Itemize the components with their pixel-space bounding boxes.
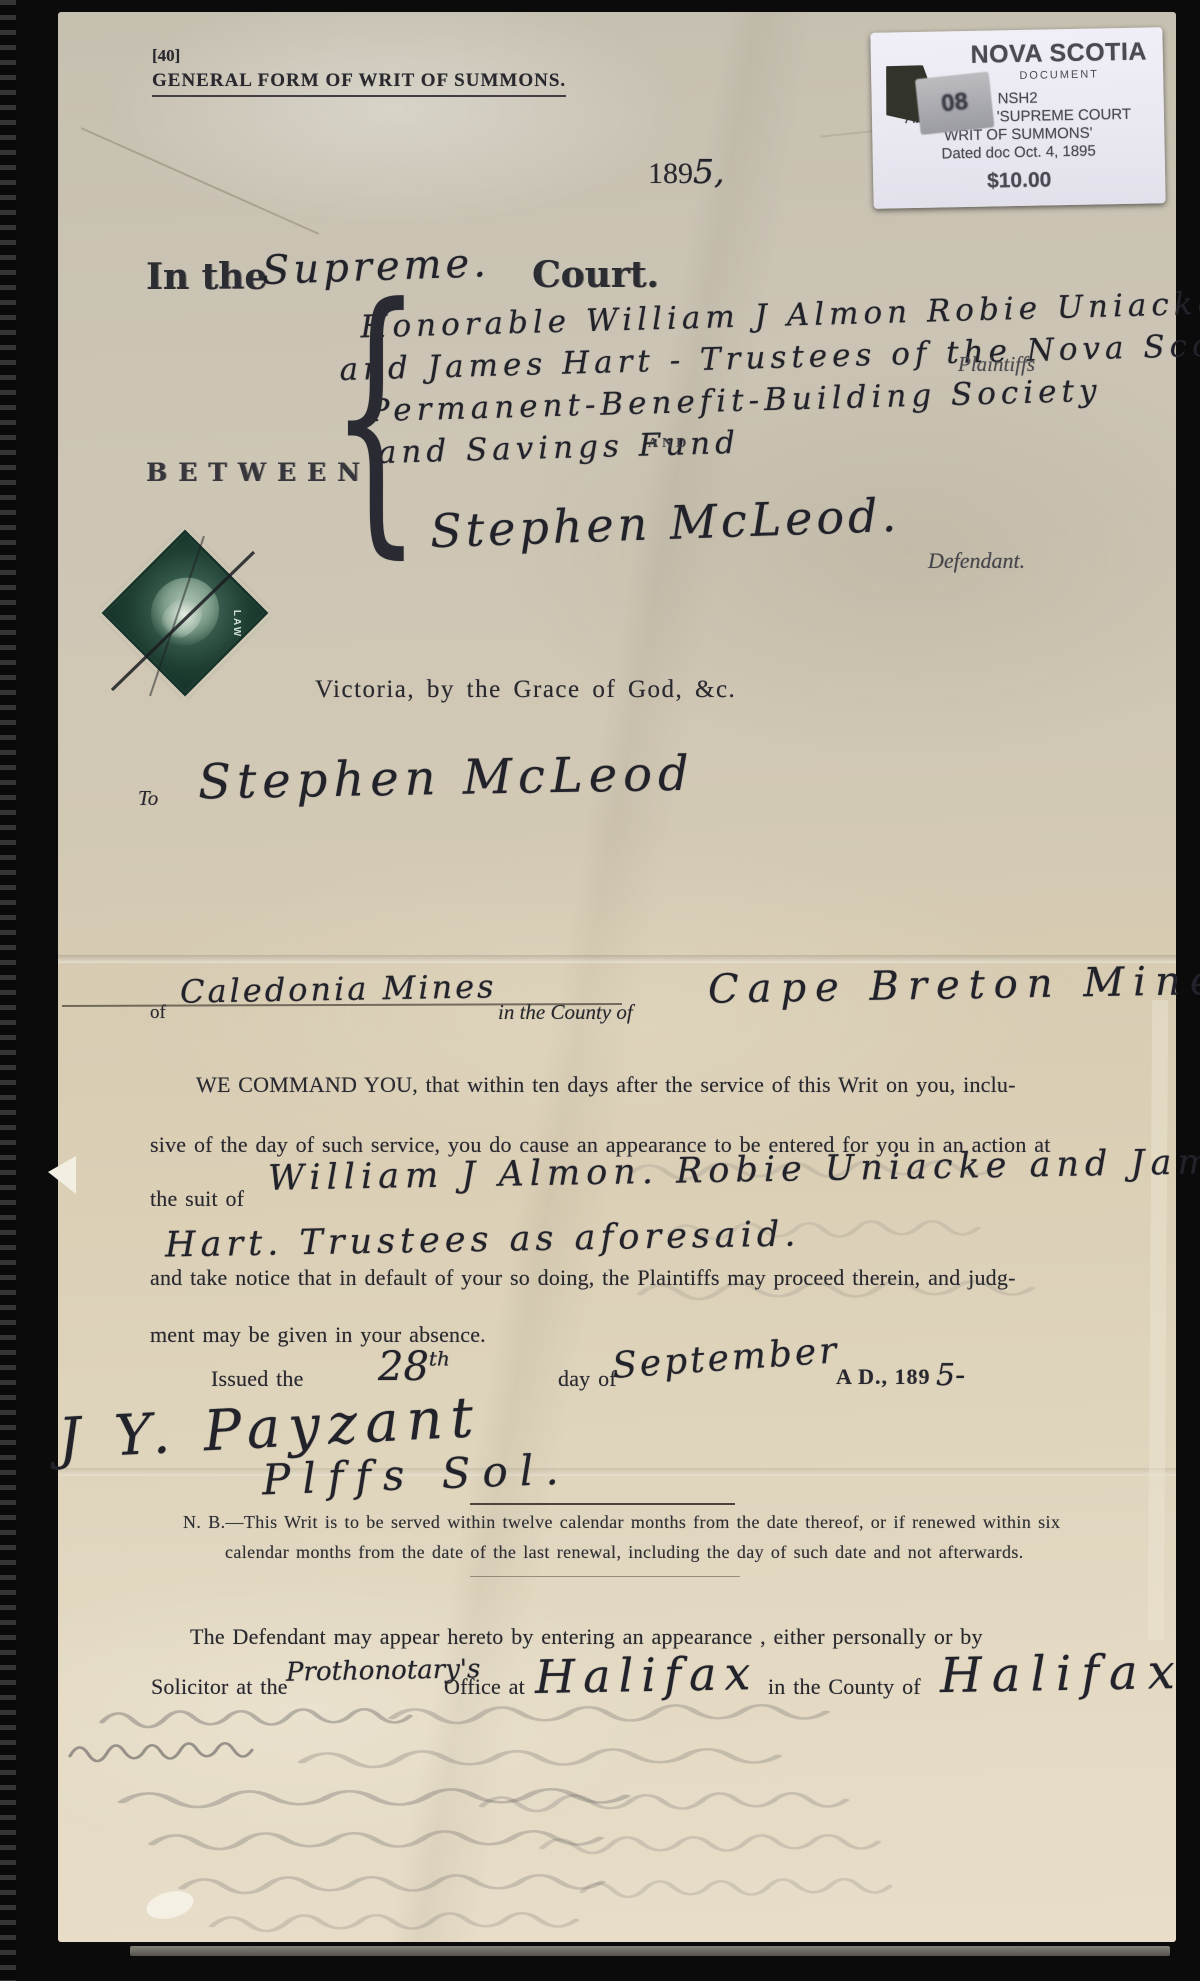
ad-label: A D., 189 — [836, 1364, 931, 1390]
office-place-handwritten: Halifax — [535, 1646, 759, 1704]
and-label: AND — [648, 436, 690, 452]
film-sprocket-edge — [0, 0, 16, 1981]
form-number: [40] — [152, 46, 180, 66]
royal-style-line: Victoria, by the Grace of God, &c. — [315, 676, 736, 704]
command-line-1: WE COMMAND YOU, that within ten days aft… — [196, 1072, 1016, 1098]
scanned-writ-photo: [40] GENERAL FORM OF WRIT OF SUMMONS. 08… — [0, 0, 1200, 1981]
office-at-label: Office at — [444, 1674, 525, 1700]
year-printed: 189 — [648, 157, 693, 190]
green-law-stamp: LAW — [92, 520, 272, 700]
sticker-region: NOVA SCOTIA — [955, 37, 1164, 70]
issued-day-suffix: th — [429, 1347, 450, 1371]
sticker-chip: 08 — [915, 71, 995, 135]
nb-line-2: calendar months from the date of the las… — [225, 1542, 1024, 1563]
signature-rule — [470, 1503, 735, 1505]
pen-cancellation-icon — [92, 520, 272, 700]
appearance-county-handwritten: Halifax — [940, 1644, 1186, 1704]
court-label: Court. — [532, 254, 659, 296]
archival-price-sticker: 08 NOVA SCOTIA DOCUMENT NSH2 AFFIXED TO … — [870, 27, 1165, 209]
county-of-label: in the County of — [498, 1000, 633, 1025]
issued-day: 28 — [378, 1344, 429, 1390]
plaintiff-names-handwritten: Honorable William J Almon Robie Uniacke … — [338, 281, 1200, 475]
addressee-handwritten: Stephen McLeod — [198, 746, 696, 811]
torn-edge-notch — [48, 1156, 76, 1194]
defendant-label: Defendant. — [928, 548, 1025, 574]
ink-brace-icon: { — [330, 286, 422, 544]
plaintiffs-label: Plaintiffs — [958, 352, 1035, 377]
residence-handwritten: Caledonia Mines — [180, 967, 497, 1011]
issued-label: Issued the — [211, 1366, 304, 1392]
sticker-price: $10.00 — [873, 166, 1165, 196]
ad-year-handwritten: 5- — [936, 1358, 965, 1393]
year-handwritten: 5, — [693, 152, 725, 191]
default-line-1: and take notice that in default of your … — [150, 1265, 1016, 1291]
appearance-county-label: in the County of — [768, 1674, 921, 1700]
solicitor-at-label: Solicitor at the — [151, 1674, 288, 1700]
appearance-line-1: The Defendant may appear hereto by enter… — [190, 1624, 983, 1650]
scan-bottom-strip — [130, 1946, 1170, 1956]
day-of-label: day of — [558, 1366, 617, 1392]
in-the-label: In the — [146, 256, 267, 298]
of-label: of — [150, 1002, 166, 1024]
to-label: To — [138, 786, 158, 811]
nb-line-1: N. B.—This Writ is to be served within t… — [183, 1512, 1060, 1533]
issued-day-handwritten: 28th — [378, 1344, 450, 1390]
suit-of-label: the suit of — [150, 1186, 244, 1212]
form-title: GENERAL FORM OF WRIT OF SUMMONS. — [152, 70, 566, 97]
county-handwritten: Cape Breton Mines — [708, 957, 1200, 1012]
footnote-rule — [470, 1576, 740, 1577]
